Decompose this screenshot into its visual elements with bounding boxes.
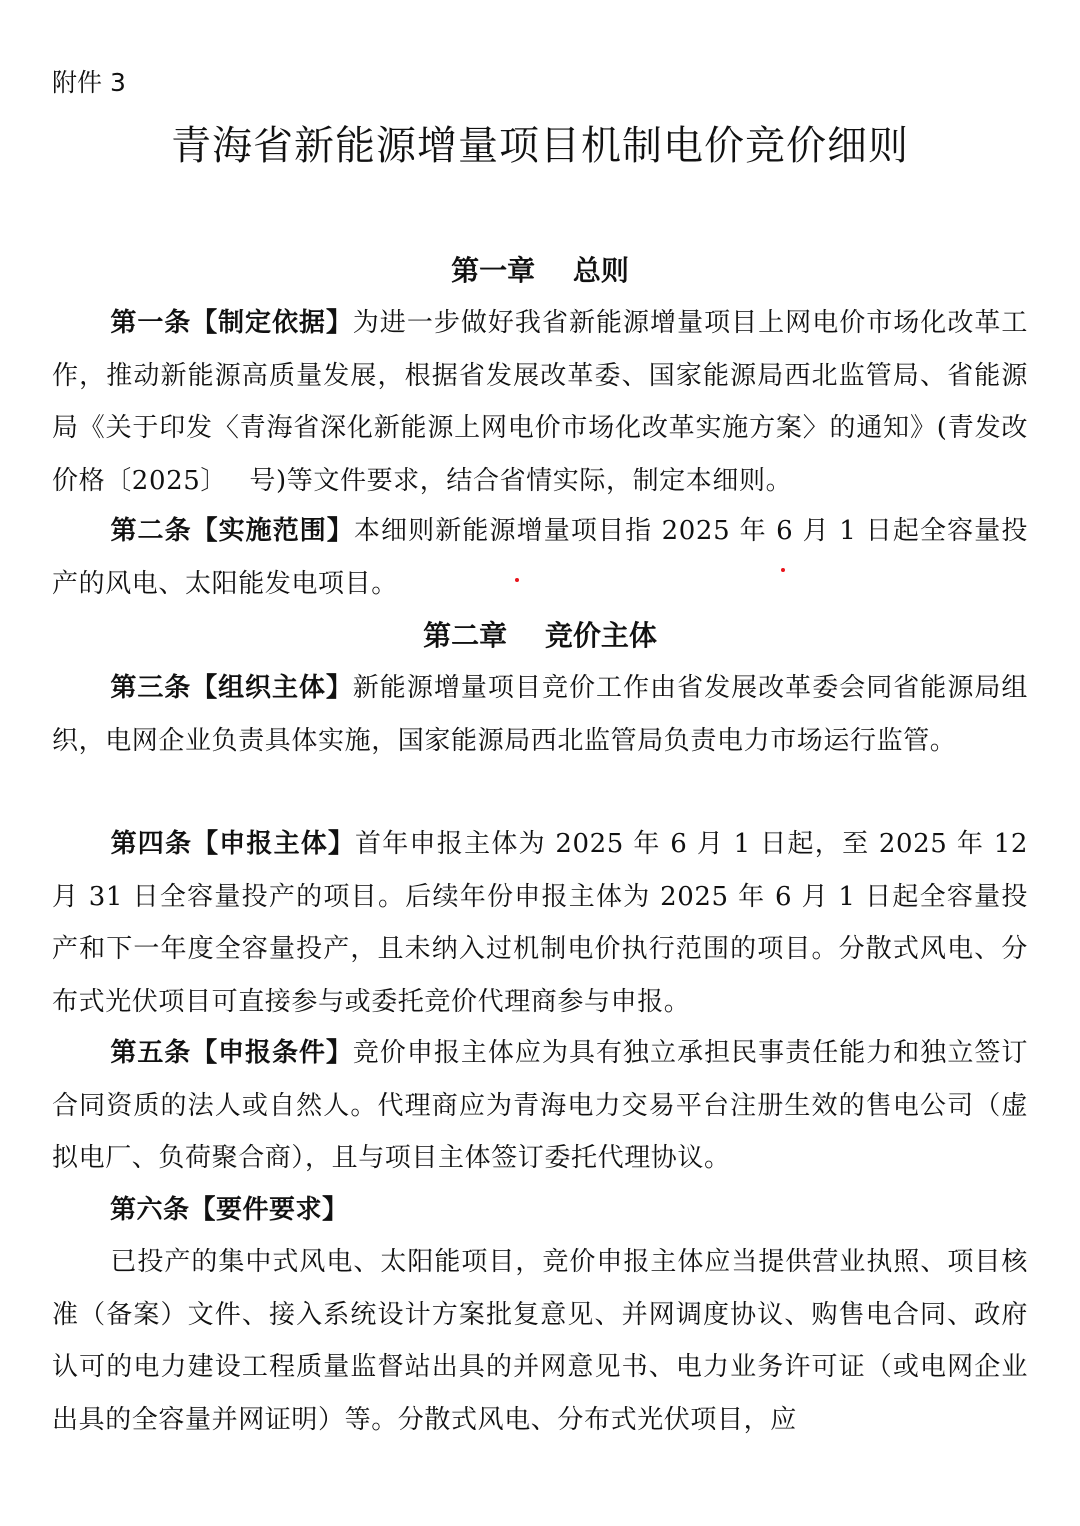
article-1: 第一条【制定依据】为进一步做好我省新能源增量项目上网电价市场化改革工作，推动新能… [52,297,1028,507]
article-6-text: 已投产的集中式风电、太阳能项目，竞价申报主体应当提供营业执照、项目核准（备案）文… [52,1247,1028,1435]
chapter-heading-2: 第二章 竞价主体 [0,616,1080,656]
attachment-label: 附件 3 [52,66,126,100]
red-dot-mark [781,568,785,572]
red-dot-mark [515,578,519,582]
article-5: 第五条【申报条件】竞价申报主体应为具有独立承担民事责任能力和独立签订合同资质的法… [52,1027,1028,1185]
article-4-heading: 第四条【申报主体】 [110,829,355,859]
article-2-heading: 第二条【实施范围】 [110,516,354,546]
article-3: 第三条【组织主体】新能源增量项目竞价工作由省发展改革委会同省能源局组织，电网企业… [52,662,1028,767]
article-5-heading: 第五条【申报条件】 [110,1038,353,1068]
article-3-heading: 第三条【组织主体】 [110,673,353,703]
article-6-paragraph: 已投产的集中式风电、太阳能项目，竞价申报主体应当提供营业执照、项目核准（备案）文… [52,1236,1028,1446]
document-title: 青海省新能源增量项目机制电价竞价细则 [0,120,1080,172]
article-4: 第四条【申报主体】首年申报主体为 2025 年 6 月 1 日起，至 2025 … [52,818,1028,1028]
article-1-heading: 第一条【制定依据】 [110,308,353,338]
chapter-heading-1: 第一章 总则 [0,251,1080,291]
article-6: 第六条【要件要求】 [52,1184,1028,1237]
article-6-heading: 第六条【要件要求】 [110,1195,349,1225]
article-2: 第二条【实施范围】本细则新能源增量项目指 2025 年 6 月 1 日起全容量投… [52,505,1028,610]
